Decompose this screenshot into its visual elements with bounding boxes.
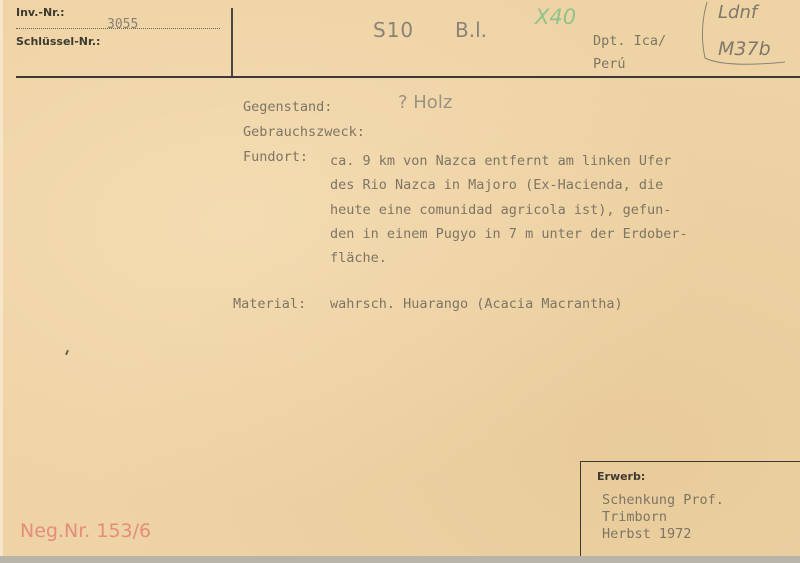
handwritten-green-note: X40 [535,5,576,29]
erwerb-box: Erwerb: Schenkung Prof. Trimborn Herbst … [580,461,800,557]
header-divider-horizontal [16,76,800,78]
handwritten-box-line1: Ldnf [718,2,757,23]
erwerb-line: Trimborn [602,509,667,525]
gegenstand-label: Gegenstand: [243,99,332,115]
fundort-label: Fundort: [243,149,308,165]
material-value: wahrsch. Huarango (Acacia Macrantha) [330,296,623,312]
erwerb-line: Herbst 1972 [602,526,691,542]
handwritten-box-line2: M37b [718,38,771,60]
card-edge [0,0,3,563]
inv-nr-value: 3055 [107,17,138,32]
fundort-line: des Rio Nazca in Majoro (Ex-Hacienda, di… [330,173,688,197]
handwritten-bl: B.l. [455,18,487,42]
fundort-line: den in einem Pugyo in 7 m unter der Erdo… [330,222,688,246]
erwerb-label: Erwerb: [597,470,645,483]
erwerb-line: Schenkung Prof. [602,492,724,508]
material-label: Material: [233,296,306,312]
fundort-text: ca. 9 km von Nazca entfernt am linken Uf… [330,149,688,270]
handwritten-code: S10 [373,18,414,42]
fundort-line: fläche. [330,246,688,270]
gegenstand-value: ? Holz [398,92,452,113]
neg-nr: Neg.Nr. 153/6 [20,520,151,542]
schluessel-nr-label: Schlüssel-Nr.: [16,35,100,48]
header-divider-vertical [231,8,233,76]
location-line2: Perú [593,56,626,72]
fundort-line: heute eine comunidad agricola ist), gefu… [330,198,688,222]
ink-speck [65,350,69,355]
inv-nr-label: Inv.-Nr.: [16,6,65,19]
catalog-card: Inv.-Nr.: 3055 Schlüssel-Nr.: S10 B.l. X… [0,0,800,558]
fundort-line: ca. 9 km von Nazca entfernt am linken Uf… [330,149,688,173]
location-line1: Dpt. Ica/ [593,33,666,49]
scan-background [0,556,800,563]
gebrauchszweck-label: Gebrauchszweck: [243,124,365,140]
